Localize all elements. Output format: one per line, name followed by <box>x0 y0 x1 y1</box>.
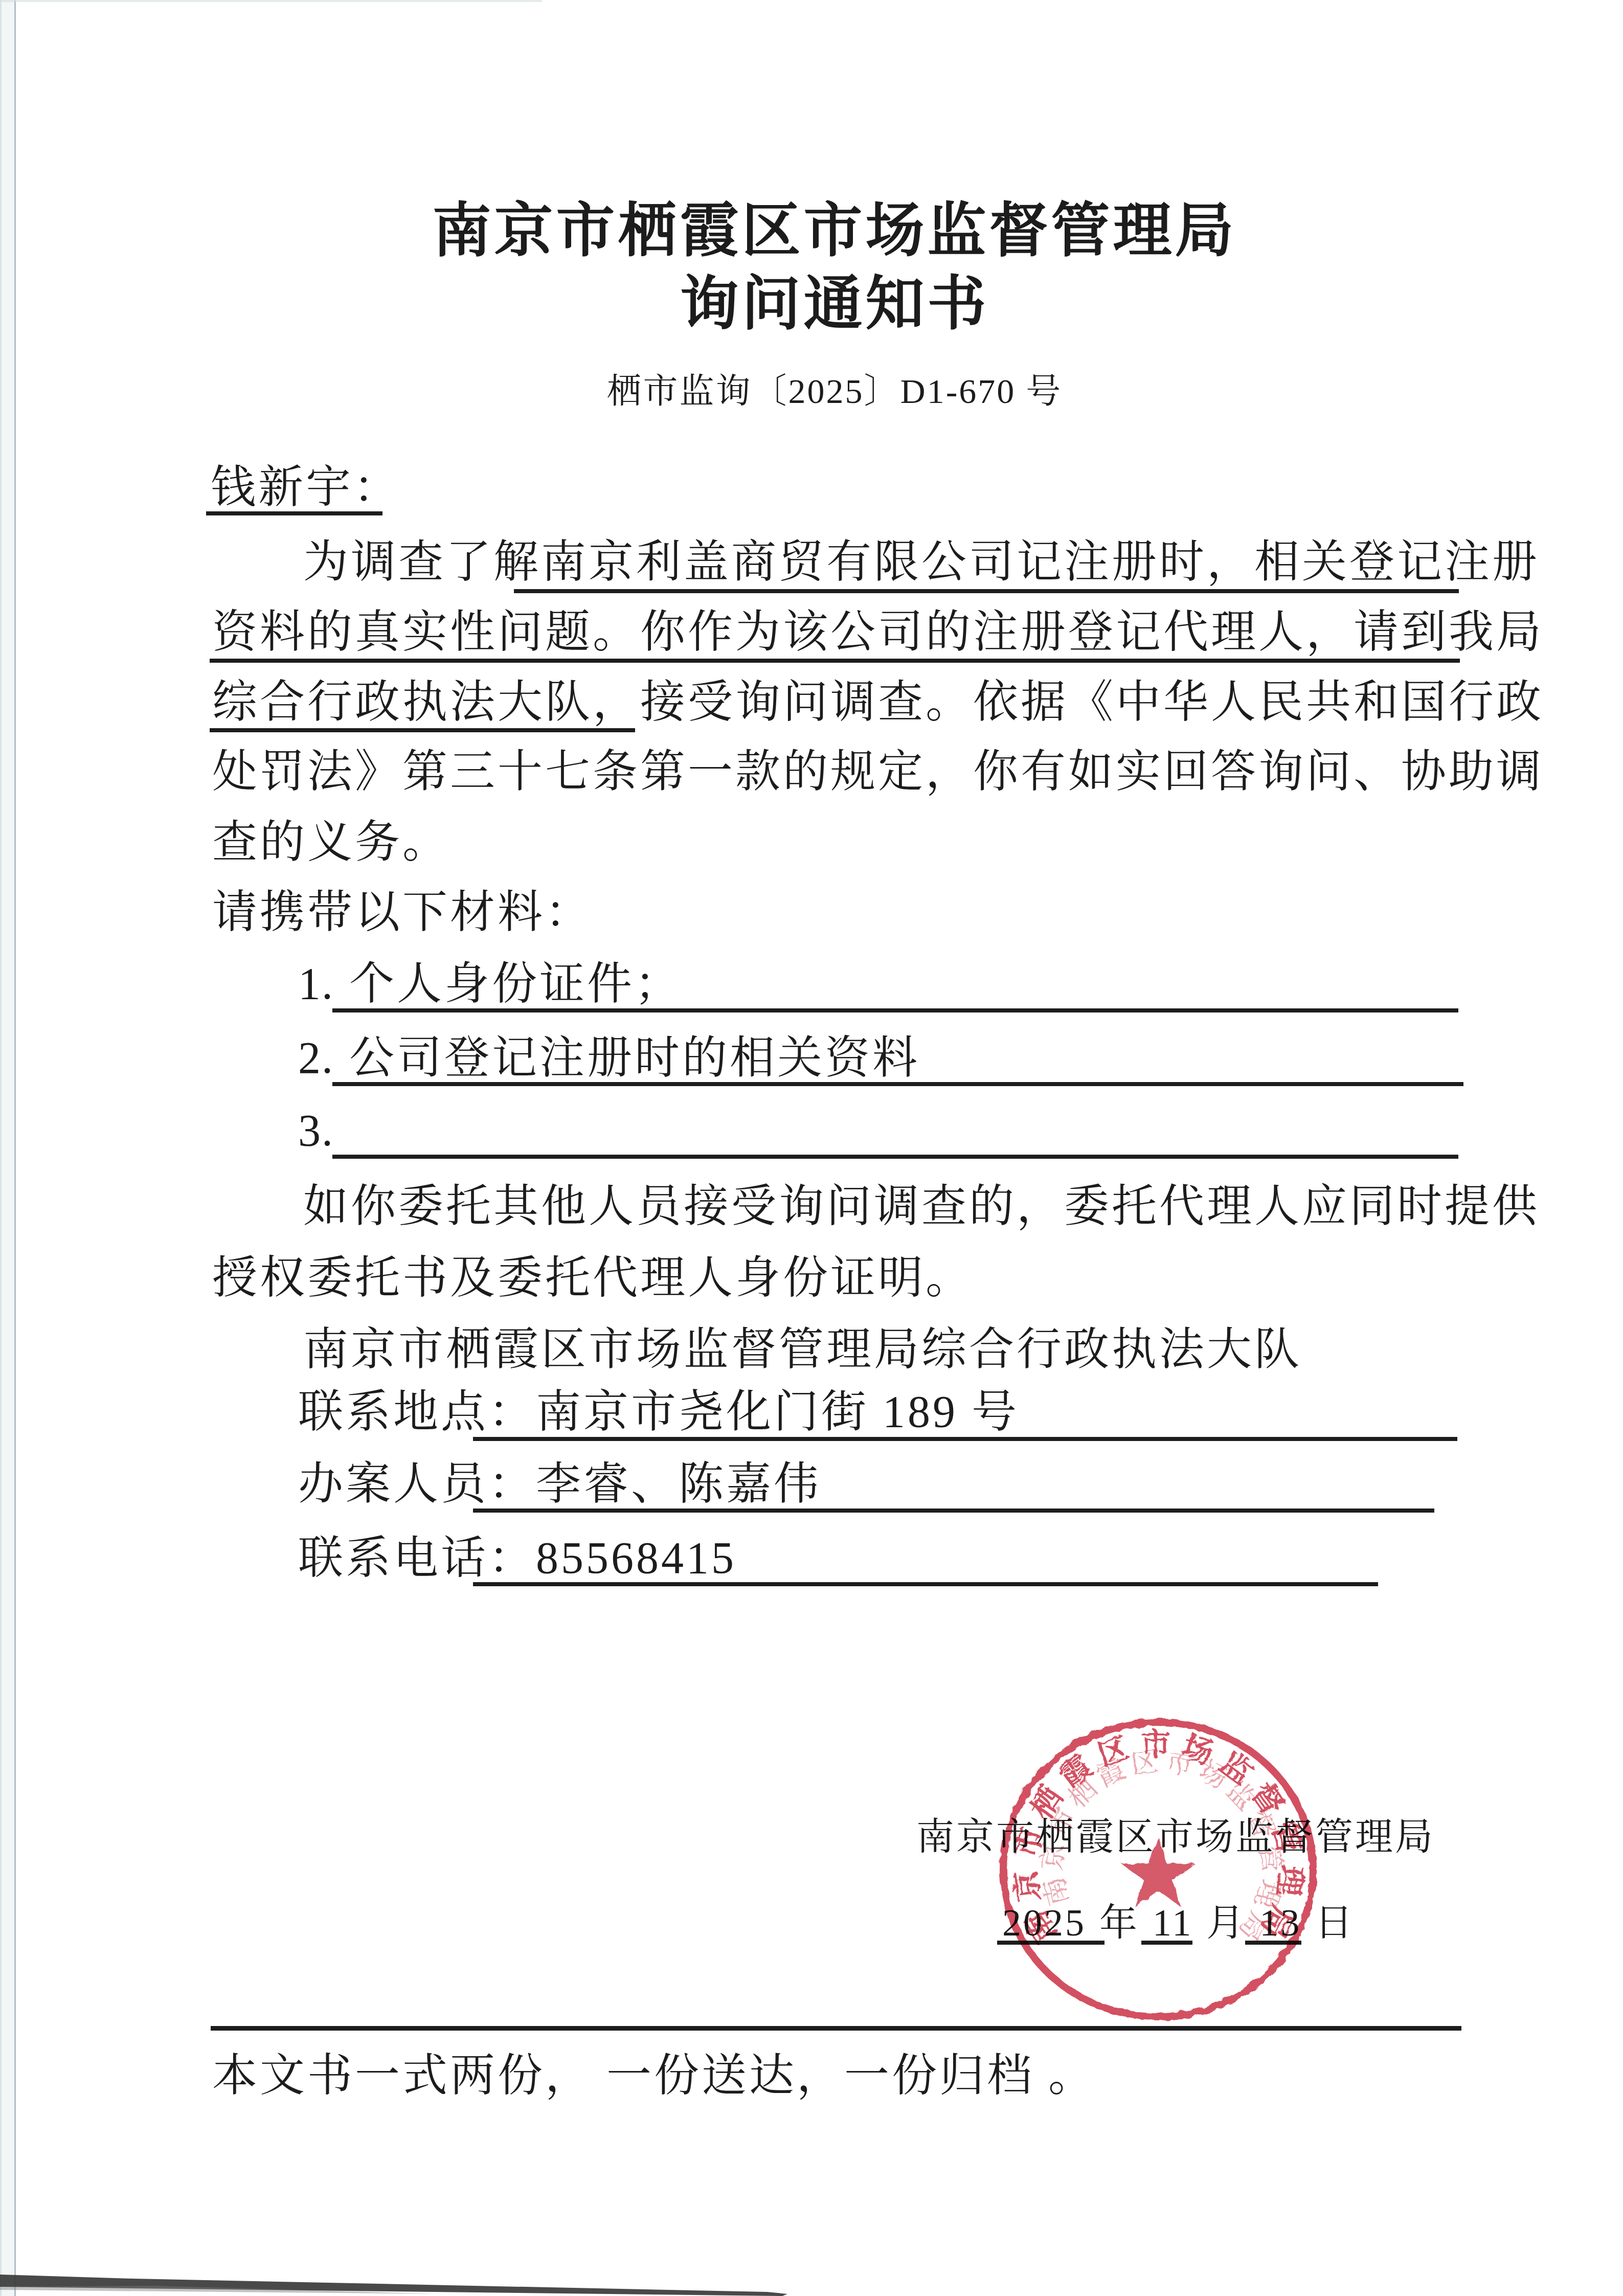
material-item-2: 2.公司登记注册时的相关资料 <box>298 1030 920 1087</box>
issuing-unit-line: 南京市栖霞区市场监督管理局综合行政执法大队 <box>303 1322 1302 1378</box>
scan-top-edge-line <box>0 0 542 2</box>
document-page: 南京市栖霞区市场监督管理局 询问通知书 栖市监询〔2025〕D1-670 号 钱… <box>0 0 1623 2296</box>
footer-note: 本文书一式两份， 一份送达，一份归档 。 <box>212 2048 1096 2104</box>
scan-left-edge-strip <box>0 0 15 2296</box>
contact-value: 85568415 <box>536 1534 736 1583</box>
item-number: 2. <box>298 1033 334 1083</box>
underline-rule <box>210 728 635 732</box>
paragraph1-line4: 处罚法》第三十七条第一款的规定，你有如实回答询问、协助调 <box>212 744 1544 800</box>
paragraph1-line2: 资料的真实性问题。你作为该公司的注册登记代理人，请到我局 <box>212 604 1544 661</box>
item-number: 3. <box>298 1106 334 1156</box>
underline-rule <box>514 589 1459 593</box>
star-icon <box>1121 1837 1196 1907</box>
paragraph1-line1: 为调查了解南京利盖商贸有限公司记注册时，相关登记注册 <box>303 534 1540 591</box>
contact-address-row: 联系地点：南京市尧化门街 189 号 <box>298 1384 1019 1440</box>
contact-label: 联系地点： <box>298 1387 536 1437</box>
contact-value: 南京市尧化门街 189 号 <box>536 1387 1019 1437</box>
underline-rule <box>332 1155 1458 1159</box>
scan-left-edge-shadow <box>0 0 2 2296</box>
underline-rule <box>473 1437 1457 1441</box>
item-text: 个人身份证件； <box>349 959 682 1009</box>
contact-value: 李睿、陈嘉伟 <box>536 1459 821 1509</box>
doc-number: 栖市监询〔2025〕D1-670 号 <box>211 366 1458 417</box>
contact-label: 联系电话： <box>298 1534 536 1583</box>
material-item-1: 1.个人身份证件； <box>298 956 682 1012</box>
paragraph1-line5: 查的义务。 <box>212 815 450 871</box>
footer-separator-rule <box>211 2026 1461 2031</box>
item-number: 1. <box>298 959 334 1009</box>
official-seal-stamp: 南京市栖霞区市场监督管理局 南京市栖霞区市场监督管理局 <box>997 1717 1319 2024</box>
item-text: 公司登记注册时的相关资料 <box>349 1033 920 1083</box>
doc-type-title: 询问通知书 <box>211 268 1458 340</box>
addressee-name: 钱新宇： <box>211 460 401 516</box>
materials-heading: 请携带以下材料： <box>212 885 593 941</box>
underline-rule <box>473 1509 1434 1513</box>
scan-left-edge-line <box>14 0 16 2296</box>
underline-rule <box>473 1582 1378 1586</box>
agency-title: 南京市栖霞区市场监督管理局 <box>211 195 1458 267</box>
paragraph1-line3: 综合行政执法大队，接受询问调查。依据《中华人民共和国行政 <box>212 674 1544 731</box>
underline-rule <box>332 1082 1463 1086</box>
scan-bottom-edge-artifact <box>0 2268 798 2296</box>
contact-officers-row: 办案人员：李睿、陈嘉伟 <box>298 1456 821 1513</box>
underline-rule <box>332 1008 1458 1012</box>
underline-rule <box>210 659 1460 663</box>
date-day-label: 日 <box>1315 1902 1355 1944</box>
delegation-line1: 如你委托其他人员接受询问调查的，委托代理人应同时提供 <box>303 1179 1540 1235</box>
contact-phone-row: 联系电话：85568415 <box>298 1530 736 1587</box>
underline-rule <box>206 511 382 515</box>
material-item-3: 3. <box>298 1103 349 1159</box>
contact-label: 办案人员： <box>298 1459 536 1509</box>
delegation-line2: 授权委托书及委托代理人身份证明。 <box>212 1250 973 1307</box>
